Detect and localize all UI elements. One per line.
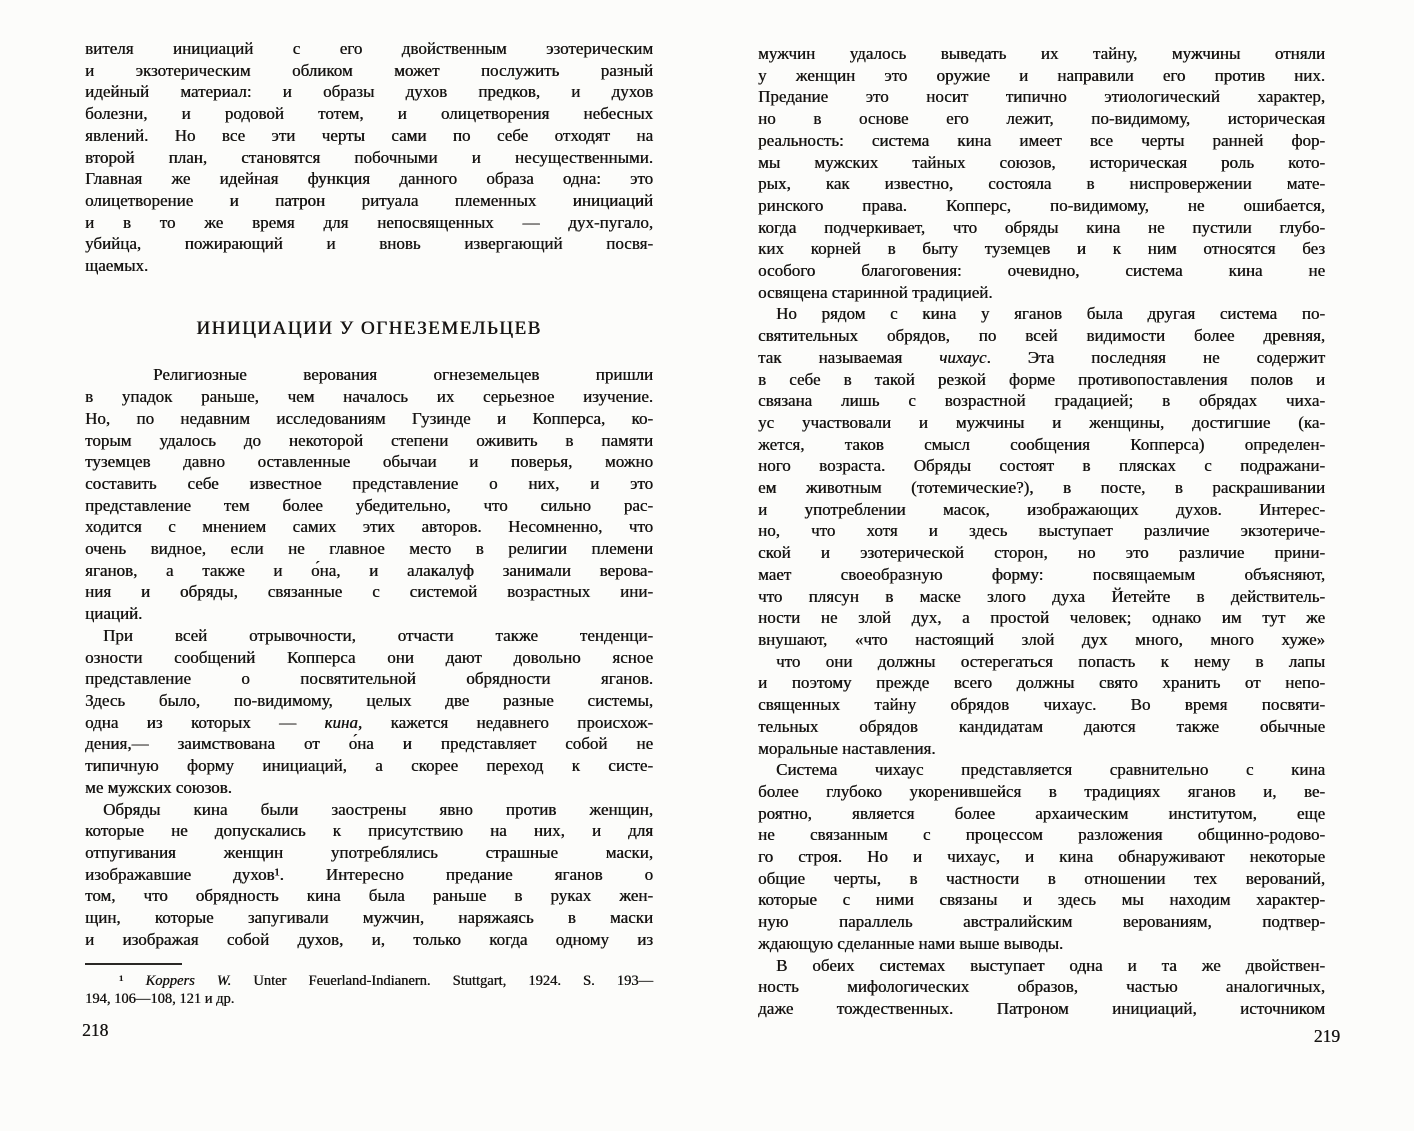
text-line: При всей отрывочности, отчасти также тен… (85, 625, 653, 647)
text-line: Но, по недавним исследованиям Гузинде и … (85, 408, 653, 430)
text-line: более глубоко укоренившейся в традициях … (758, 781, 1325, 803)
text-line: и употреблении масок, изображающих духов… (758, 499, 1325, 521)
text-line: но в основе его лежит, по-видимому, исто… (758, 108, 1325, 130)
book-spread: вителя инициаций с его двойственным эзот… (0, 0, 1414, 1131)
text-line: ную параллель австралийским верованиям, … (758, 911, 1325, 933)
text-line: у женщин это оружие и направили его прот… (758, 65, 1325, 87)
text-line: ¹ Koppers W. Unter Feuerland-Indianern. … (85, 972, 653, 990)
page-left: вителя инициаций с его двойственным эзот… (85, 0, 653, 1041)
text-line: Здесь было, по-видимому, целых две разны… (85, 690, 653, 712)
text-line: ме мужских союзов. (85, 777, 653, 799)
paragraph: Система чихаус представляется сравнитель… (758, 759, 1325, 954)
text-line: том, что обрядность кина была раньше в р… (85, 885, 653, 907)
paragraph: В обеих системах выступает одна и та же … (758, 955, 1325, 1020)
text-line: торым удалось до некоторой степени оживи… (85, 430, 653, 452)
page-right: мужчин удалось выведать их тайну, мужчин… (758, 0, 1325, 1047)
text-line: олицетворение и патрон ритуала племенных… (85, 190, 653, 212)
text-line: Но рядом с кина у яганов была другая сис… (758, 303, 1325, 325)
text-line: типичную форму инициаций, а скорее перех… (85, 755, 653, 777)
text-line: тельных обрядов кандидатам даются также … (758, 716, 1325, 738)
text-line: и поэтому прежде всего должны свято хран… (758, 672, 1325, 694)
paragraph: Но рядом с кина у яганов была другая сис… (758, 303, 1325, 650)
text-line: в упадок раньше, чем началось их серьезн… (85, 386, 653, 408)
text-line: ринского права. Копперс, по-видимому, не… (758, 195, 1325, 217)
text-line: яганов, а также и о́на, и алакалуф заним… (85, 560, 653, 582)
text-line: явлений. Но все эти черты сами по себе о… (85, 125, 653, 147)
text-line: 194, 106—108, 121 и др. (85, 990, 653, 1008)
text-line: болезни, и родовой тотем, и олицетворени… (85, 103, 653, 125)
text-line: внушают, «что настоящий злой дух много, … (758, 629, 1325, 651)
page-left-text: вителя инициаций с его двойственным эзот… (85, 0, 653, 1008)
text-line: рых, как известно, состояла в ниспроверж… (758, 173, 1325, 195)
paragraph: Религиозные верования огнеземельцев приш… (85, 364, 653, 624)
text-line: Система чихаус представляется сравнитель… (758, 759, 1325, 781)
text-line: туземцев давно оставленные обычаи и пове… (85, 451, 653, 473)
text-line: идейный материал: и образы духов предков… (85, 81, 653, 103)
text-line: составить себе известное представление о… (85, 473, 653, 495)
text-line: мает своеобразную форму: посвящаемым объ… (758, 564, 1325, 586)
text-line: которые с ними связаны и здесь мы находи… (758, 889, 1325, 911)
text-line: мужчин удалось выведать их тайну, мужчин… (758, 43, 1325, 65)
text-line: даже тождественных. Патроном инициаций, … (758, 998, 1325, 1020)
text-line: что плясун в маске злого духа Йетейте в … (758, 586, 1325, 608)
text-line: дения,— заимствована от о́на и представл… (85, 733, 653, 755)
text-line: го строя. Но и чихаус, и кина обнаружива… (758, 846, 1325, 868)
paragraph: Обряды кина были заострены явно против ж… (85, 799, 653, 951)
text-line: изображавшие духов¹. Интересно предание … (85, 864, 653, 886)
text-line: но, что хотя и здесь выступает различие … (758, 520, 1325, 542)
text-line: и изображая собой духов, и, только когда… (85, 929, 653, 951)
text-line: Главная же идейная функция данного образ… (85, 168, 653, 190)
text-line: моральные наставления. (758, 738, 1325, 760)
text-line: ской и эзотерической сторон, но это разл… (758, 542, 1325, 564)
text-line: убийца, пожирающий и вновь извергающий п… (85, 233, 653, 255)
text-line: щаемых. (85, 255, 653, 277)
text-line: ного возраста. Обряды состоят в плясках … (758, 455, 1325, 477)
text-line: В обеих системах выступает одна и та же … (758, 955, 1325, 977)
text-line: ем животным (тотемические?), в посте, в … (758, 477, 1325, 499)
text-line: озности сообщений Копперса они дают дово… (85, 647, 653, 669)
text-line: что они должны остерегаться попасть к не… (758, 651, 1325, 673)
paragraph: При всей отрывочности, отчасти также тен… (85, 625, 653, 799)
text-line: ких корней в быту туземцев и к ним относ… (758, 238, 1325, 260)
text-line: ния и обряды, связанные с системой возра… (85, 581, 653, 603)
text-line: связана лишь с возрастной градацией; в о… (758, 390, 1325, 412)
page-number-right: 219 (758, 1026, 1340, 1047)
text-line: освящена старинной традицией. (758, 282, 1325, 304)
text-line: одна из которых — кина, кажется недавнег… (85, 712, 653, 734)
section-heading: ИНИЦИАЦИИ У ОГНЕЗЕМЕЛЬЦЕВ (85, 318, 653, 340)
text-line: общие черты, в частности в отношении тех… (758, 868, 1325, 890)
text-line: щин, которые запугивали мужчин, наряжаяс… (85, 907, 653, 929)
text-line: особого благоговения: очевидно, система … (758, 260, 1325, 282)
footnote: ¹ Koppers W. Unter Feuerland-Indianern. … (85, 963, 653, 1008)
text-line: мы мужских тайных союзов, историческая р… (758, 152, 1325, 174)
text-line: представление тем более убедительно, что… (85, 495, 653, 517)
text-line: реальность: система кина имеет все черты… (758, 130, 1325, 152)
text-line: и в то же время для непосвященных — дух-… (85, 212, 653, 234)
text-line: святительных обрядов, по всей видимости … (758, 325, 1325, 347)
text-line: в себе в такой резкой форме противопоста… (758, 369, 1325, 391)
text-line: ности не злой дух, а простой человек; од… (758, 607, 1325, 629)
text-line: ус участвовали и мужчины и женщины, дост… (758, 412, 1325, 434)
text-line: ходится с мнением самих этих авторов. Не… (85, 516, 653, 538)
page-right-text: мужчин удалось выведать их тайну, мужчин… (758, 0, 1325, 1020)
paragraph: вителя инициаций с его двойственным эзот… (85, 38, 653, 277)
text-line: второй план, становятся побочными и несу… (85, 147, 653, 169)
text-line: Обряды кина были заострены явно против ж… (85, 799, 653, 821)
text-line: которые не допускались к присутствию на … (85, 820, 653, 842)
text-line: отпугивания женщин употреблялись страшны… (85, 842, 653, 864)
text-line: циаций. (85, 603, 653, 625)
paragraph: мужчин удалось выведать их тайну, мужчин… (758, 43, 1325, 303)
text-line: и экзотерическим обликом может послужить… (85, 60, 653, 82)
heading-text: ИНИЦИАЦИИ У ОГНЕЗЕМЕЛЬЦЕВ (85, 318, 653, 340)
paragraph: что они должны остерегаться попасть к не… (758, 651, 1325, 760)
text-line: священных тайну обрядов чихаус. Во время… (758, 694, 1325, 716)
text-line: ждающую сделанные нами выше выводы. (758, 933, 1325, 955)
text-line: жется, таков смысл сообщения Копперса) о… (758, 434, 1325, 456)
text-line: когда подчеркивает, что обряды кина не п… (758, 217, 1325, 239)
text-line: Религиозные верования огнеземельцев приш… (85, 364, 653, 386)
text-line: Предание это носит типично этиологически… (758, 86, 1325, 108)
text-line: очень видное, если не главное место в ре… (85, 538, 653, 560)
text-line: представление о посвятительной обрядност… (85, 668, 653, 690)
text-line: не связанным с процессом разложения общи… (758, 824, 1325, 846)
text-line: вителя инициаций с его двойственным эзот… (85, 38, 653, 60)
text-line: так называемая чихаус. Эта последняя не … (758, 347, 1325, 369)
text-line: ность мифологических образов, частью ана… (758, 976, 1325, 998)
page-number-left: 218 (82, 1020, 653, 1041)
text-line: роятно, является более архаическим инсти… (758, 803, 1325, 825)
